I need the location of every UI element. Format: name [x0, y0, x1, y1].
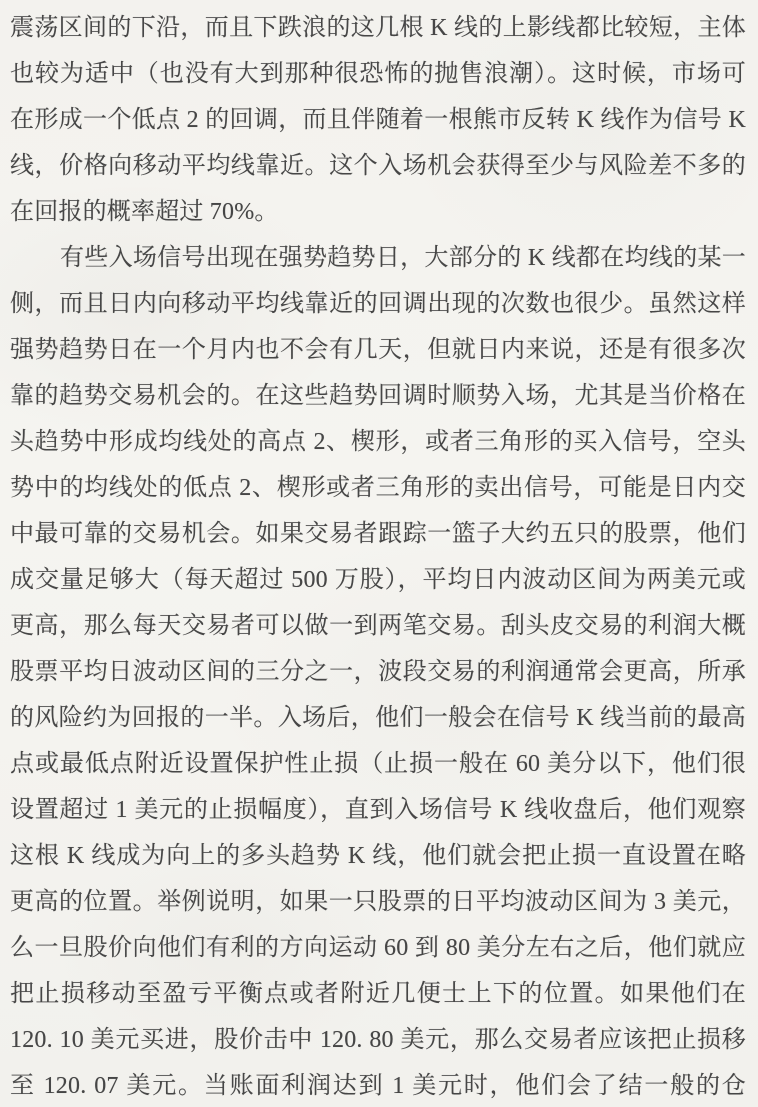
text-line: 120. 10 美元买进，股价击中 120. 80 美元，那么交易者应该把止损移… [10, 1017, 746, 1063]
paragraph: 有些入场信号出现在强势趋势日，大部分的 K 线都在均线的某一侧，而且日内向移动平… [10, 235, 746, 1107]
text-line: 在回报的概率超过 70%。 [10, 189, 746, 235]
text-line: 把止损移动至盈亏平衡点或者附近几便士上下的位置。如果他们在 [10, 971, 746, 1017]
text-line: 的风险约为回报的一半。入场后，他们一般会在信号 K 线当前的最高 [10, 695, 746, 741]
text-line: 在形成一个低点 2 的回调，而且伴随着一根熊市反转 K 线作为信号 K [10, 97, 746, 143]
text-line: 中最可靠的交易机会。如果交易者跟踪一篮子大约五只的股票，他们的 [10, 511, 746, 557]
text-line: 更高的位置。举例说明，如果一只股票的日平均波动区间为 3 美元，那 [10, 879, 746, 925]
text-line: 头趋势中形成均线处的高点 2、楔形，或者三角形的买入信号，空头趋 [10, 419, 746, 465]
text-line: 势中的均线处的低点 2、楔形或者三角形的卖出信号，可能是日内交易 [10, 465, 746, 511]
text-line: 靠的趋势交易机会的。在这些趋势回调时顺势入场，尤其是当价格在多 [10, 373, 746, 419]
text-line: 也较为适中（也没有大到那种很恐怖的抛售浪潮）。这时候，市场可能 [10, 51, 746, 97]
text-line: 么一旦股价向他们有利的方向运动 60 到 80 美分左右之后，他们就应该 [10, 925, 746, 971]
text-line: 点或最低点附近设置保护性止损（止损一般在 60 美分以下，他们很少 [10, 741, 746, 787]
text-line: 更高，那么每天交易者可以做一到两笔交易。刮头皮交易的利润大概是 [10, 603, 746, 649]
body-text-block: 震荡区间的下沿，而且下跌浪的这几根 K 线的上影线都比较短，主体也较为适中（也没… [10, 5, 746, 1107]
text-line: 强势趋势日在一个月内也不会有几天，但就日内来说，还是有很多次可 [10, 327, 746, 373]
text-line: 有些入场信号出现在强势趋势日，大部分的 K 线都在均线的某一 [10, 235, 746, 281]
text-line: 至 120. 07 美元。当账面利润达到 1 美元时，他们会了结一般的仓位， [10, 1063, 746, 1107]
text-line: 线，价格向移动平均线靠近。这个入场机会获得至少与风险差不多的潜 [10, 143, 746, 189]
text-line: 股票平均日波动区间的三分之一，波段交易的利润通常会更高，所承担 [10, 649, 746, 695]
paragraph: 震荡区间的下沿，而且下跌浪的这几根 K 线的上影线都比较短，主体也较为适中（也没… [10, 5, 746, 235]
scanned-book-page: 震荡区间的下沿，而且下跌浪的这几根 K 线的上影线都比较短，主体也较为适中（也没… [0, 0, 758, 1107]
text-line: 侧，而且日内向移动平均线靠近的回调出现的次数也很少。虽然这样的 [10, 281, 746, 327]
text-line: 震荡区间的下沿，而且下跌浪的这几根 K 线的上影线都比较短，主体 [10, 5, 746, 51]
text-line: 成交量足够大（每天超过 500 万股），平均日内波动区间为两美元或者 [10, 557, 746, 603]
text-line: 这根 K 线成为向上的多头趋势 K 线，他们就会把止损一直设置在略微 [10, 833, 746, 879]
text-line: 设置超过 1 美元的止损幅度），直到入场信号 K 线收盘后，他们观察到 [10, 787, 746, 833]
